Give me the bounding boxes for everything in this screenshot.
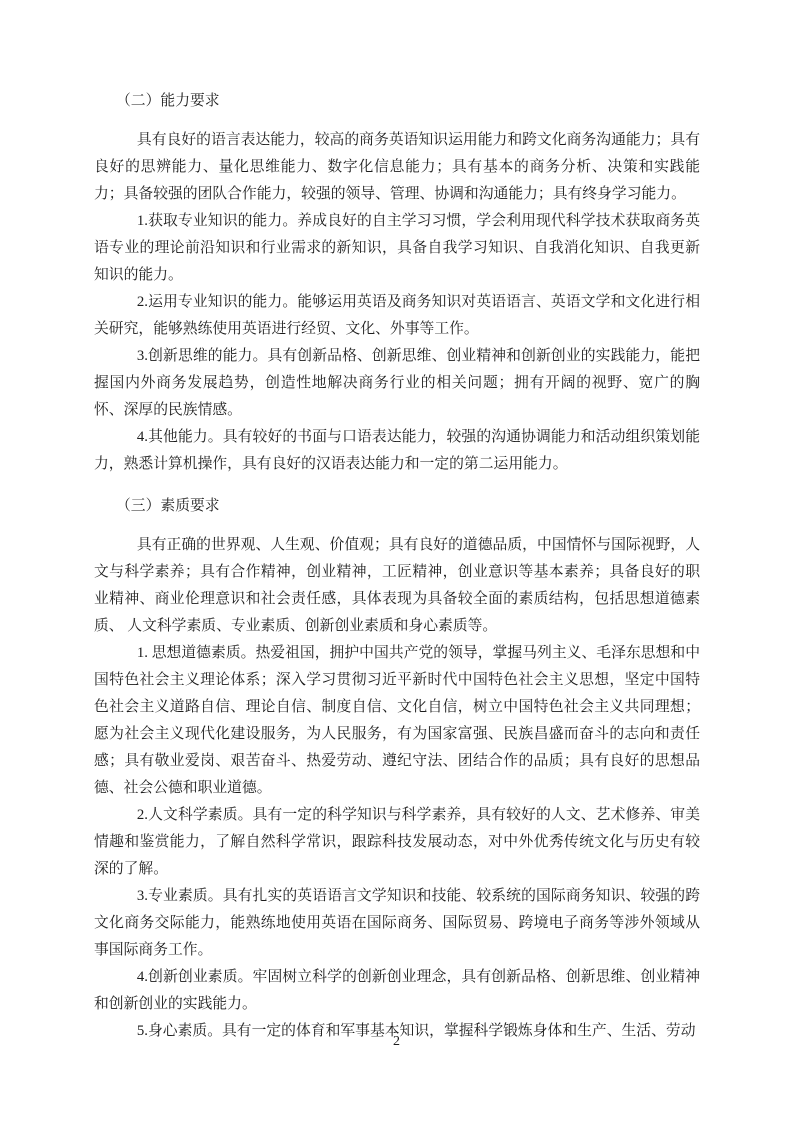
section-heading-quality-requirements: （三）素质要求	[94, 493, 700, 520]
paragraph-quality-4-innovation-entrepreneurship: 4.创新创业素质。牢固树立科学的创新创业理念，具有创新品格、创新思维、创业精神和…	[94, 964, 700, 1018]
document-page: （二）能力要求 具有良好的语言表达能力，较高的商务英语知识运用能力和跨文化商务沟…	[0, 0, 793, 1122]
section-heading-ability-requirements: （二）能力要求	[94, 88, 700, 115]
paragraph-general-quality: 具有正确的世界观、人生观、价值观；具有良好的道德品质，中国情怀与国际视野，人文与…	[94, 532, 700, 640]
paragraph-ability-3-innovative-thinking: 3.创新思维的能力。具有创新品格、创新思维、创业精神和创新创业的实践能力，能把握…	[94, 343, 700, 424]
paragraph-quality-2-humanities-science: 2.人文科学素质。具有一定的科学知识与科学素养，具有较好的人文、艺术修养、审美情…	[94, 802, 700, 883]
paragraph-quality-1-ideological-moral: 1. 思想道德素质。热爱祖国，拥护中国共产党的领导，掌握马列主义、毛泽东思想和中…	[94, 640, 700, 802]
paragraph-ability-1-acquire-knowledge: 1.获取专业知识的能力。养成良好的自主学习习惯，学会利用现代科学技术获取商务英语…	[94, 208, 700, 289]
paragraph-quality-3-professional: 3.专业素质。具有扎实的英语语言文学知识和技能、较系统的国际商务知识、较强的跨文…	[94, 883, 700, 964]
paragraph-ability-2-apply-knowledge: 2.运用专业知识的能力。能够运用英语及商务知识对英语语言、英语文学和文化进行相关…	[94, 289, 700, 343]
paragraph-general-ability: 具有良好的语言表达能力，较高的商务英语知识运用能力和跨文化商务沟通能力；具有良好…	[94, 127, 700, 208]
paragraph-ability-4-other: 4.其他能力。具有较好的书面与口语表达能力，较强的沟通协调能力和活动组织策划能力…	[94, 424, 700, 478]
page-number: 2	[0, 1032, 793, 1052]
